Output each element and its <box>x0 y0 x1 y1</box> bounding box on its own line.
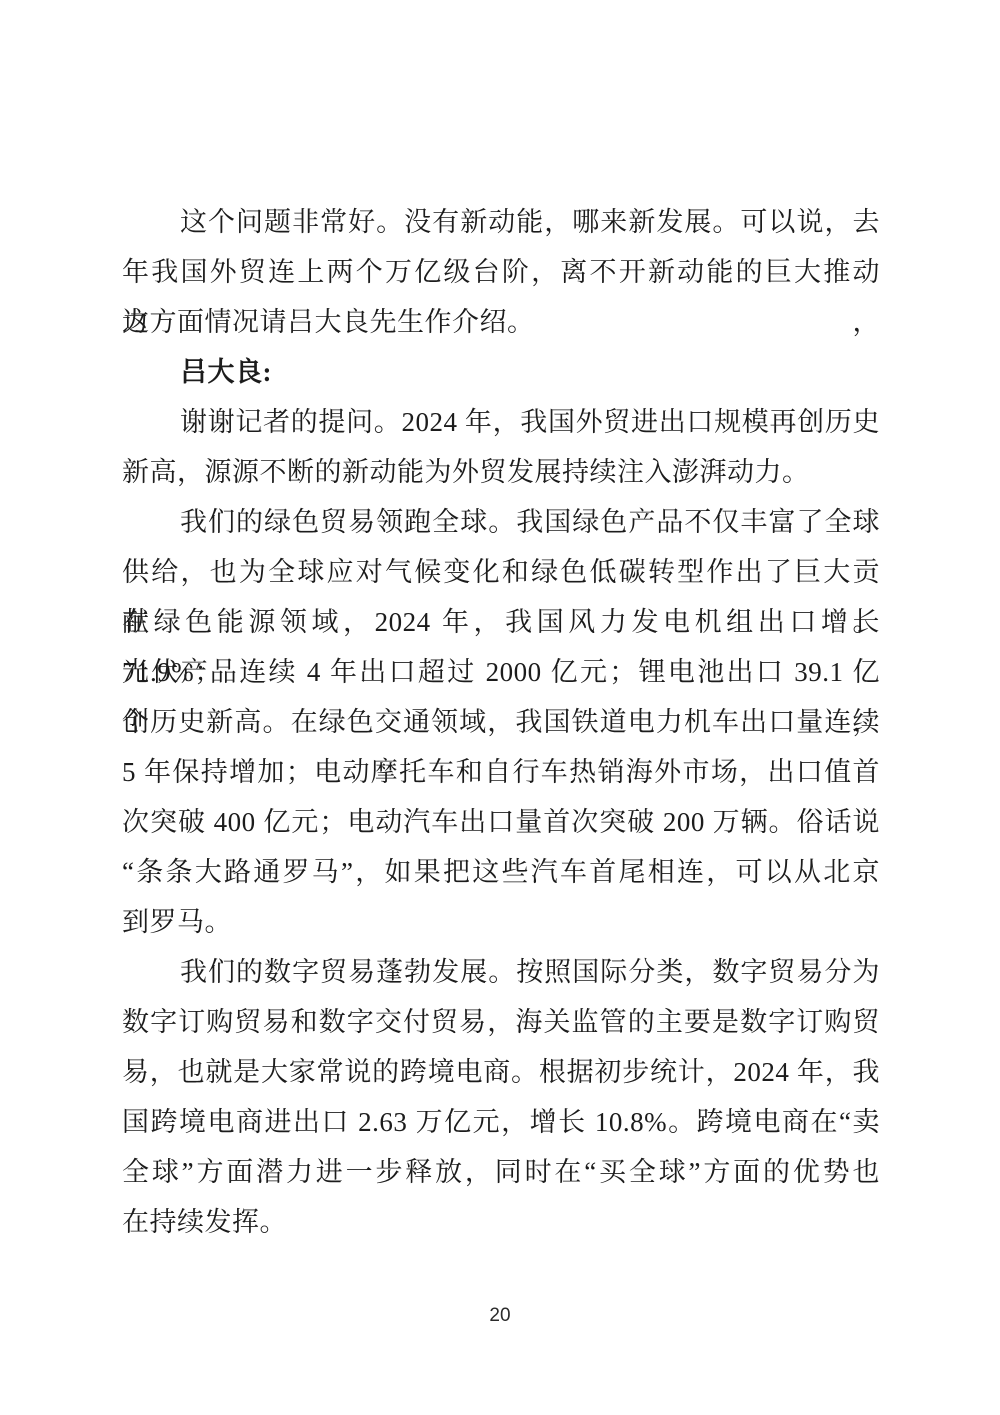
text-line: 易，也就是大家常说的跨境电商。根据初步统计，2024 年，我 <box>122 1047 880 1097</box>
text-line: 光伏产品连续 4 年出口超过 2000 亿元；锂电池出口 39.1 亿个， <box>122 647 880 697</box>
text-line: 谢谢记者的提问。2024 年，我国外贸进出口规模再创历史 <box>122 397 880 447</box>
page-number: 20 <box>0 1305 1000 1327</box>
text-line: 我们的数字贸易蓬勃发展。按照国际分类，数字贸易分为 <box>122 947 880 997</box>
text-line: 这个问题非常好。没有新动能，哪来新发展。可以说，去 <box>122 197 880 247</box>
text-line: 全球”方面潜力进一步释放，同时在“买全球”方面的优势也 <box>122 1147 880 1197</box>
text-line: 在绿色能源领域，2024 年，我国风力发电机组出口增长 71.9%； <box>122 597 880 647</box>
text-line: 数字订购贸易和数字交付贸易，海关监管的主要是数字订购贸 <box>122 997 880 1047</box>
speaker-heading: 吕大良: <box>122 347 880 397</box>
text-line: “条条大路通罗马”，如果把这些汽车首尾相连，可以从北京 <box>122 847 880 897</box>
document-body: 这个问题非常好。没有新动能，哪来新发展。可以说，去年我国外贸连上两个万亿级台阶，… <box>122 197 880 1247</box>
text-line: 次突破 400 亿元；电动汽车出口量首次突破 200 万辆。俗话说 <box>122 797 880 847</box>
text-line: 年我国外贸连上两个万亿级台阶，离不开新动能的巨大推动力， <box>122 247 880 297</box>
text-line: 在持续发挥。 <box>122 1197 880 1247</box>
document-page: 这个问题非常好。没有新动能，哪来新发展。可以说，去年我国外贸连上两个万亿级台阶，… <box>0 0 1000 1415</box>
text-line: 新高，源源不断的新动能为外贸发展持续注入澎湃动力。 <box>122 447 880 497</box>
text-line: 我们的绿色贸易领跑全球。我国绿色产品不仅丰富了全球 <box>122 497 880 547</box>
text-line: 供给，也为全球应对气候变化和绿色低碳转型作出了巨大贡献。 <box>122 547 880 597</box>
text-line: 5 年保持增加；电动摩托车和自行车热销海外市场，出口值首 <box>122 747 880 797</box>
text-line: 创历史新高。在绿色交通领域，我国铁道电力机车出口量连续 <box>122 697 880 747</box>
text-line: 到罗马。 <box>122 897 880 947</box>
text-line: 国跨境电商进出口 2.63 万亿元，增长 10.8%。跨境电商在“卖 <box>122 1097 880 1147</box>
